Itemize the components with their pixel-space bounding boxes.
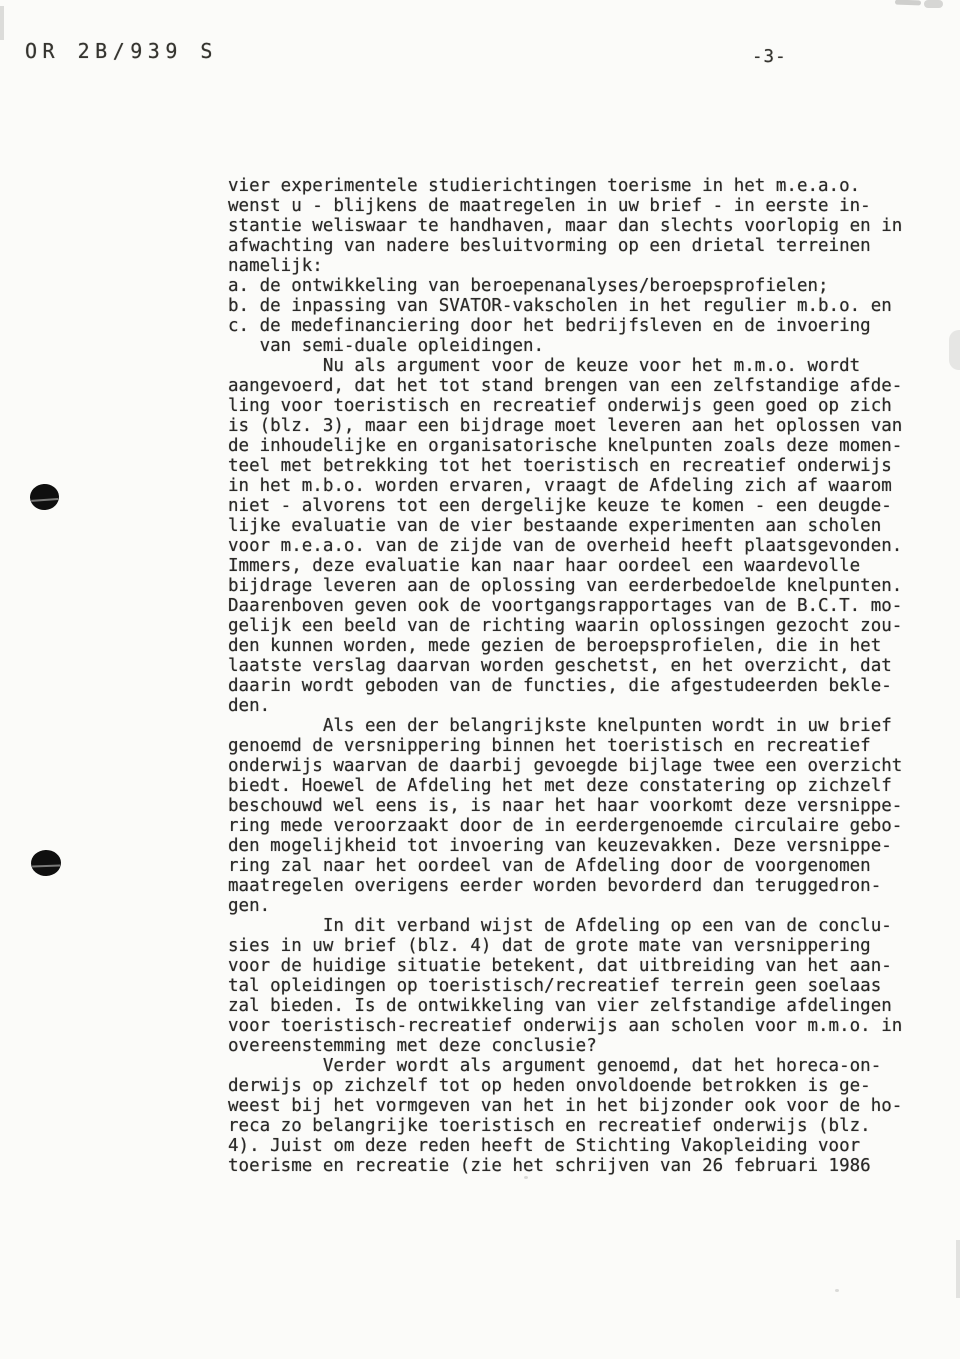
text-line: in het m.b.o. worden ervaren, vraagt de … bbox=[228, 476, 918, 496]
text-line: Verder wordt als argument genoemd, dat h… bbox=[228, 1056, 918, 1076]
text-line: Daarenboven geven ook de voortgangsrappo… bbox=[228, 596, 918, 616]
text-line: sies in uw brief (blz. 4) dat de grote m… bbox=[228, 936, 918, 956]
text-line: ring zal naar het oordeel van de Afdelin… bbox=[228, 856, 918, 876]
text-line: voor toeristisch-recreatief onderwijs aa… bbox=[228, 1016, 918, 1036]
text-line: derwijs op zichzelf tot op heden onvoldo… bbox=[228, 1076, 918, 1096]
punch-hole-mark-top bbox=[29, 483, 60, 511]
text-line: gelijk een beeld van de richting waarin … bbox=[228, 616, 918, 636]
page-number: -3- bbox=[752, 47, 787, 67]
scan-speck-2 bbox=[835, 1289, 839, 1292]
text-line: weest bij het vormgeven van het in het b… bbox=[228, 1096, 918, 1116]
text-line: Immers, deze evaluatie kan naar haar oor… bbox=[228, 556, 918, 576]
text-line: gen. bbox=[228, 896, 918, 916]
text-line: tal opleidingen op toeristisch/recreatie… bbox=[228, 976, 918, 996]
text-line: zal bieden. Is de ontwikkeling van vier … bbox=[228, 996, 918, 1016]
text-line: a. de ontwikkeling van beroepenanalyses/… bbox=[228, 276, 918, 296]
scan-artifact-right-edge-2 bbox=[956, 1240, 960, 1298]
text-line: den mogelijkheid tot invoering van keuze… bbox=[228, 836, 918, 856]
text-line: is (blz. 3), maar een bijdrage moet leve… bbox=[228, 416, 918, 436]
scan-artifact-top-right-2 bbox=[924, 0, 943, 8]
text-line: den. bbox=[228, 696, 918, 716]
text-line: voor de huidige situatie betekent, dat u… bbox=[228, 956, 918, 976]
text-line: aangevoerd, dat het tot stand brengen va… bbox=[228, 376, 918, 396]
scan-speck-1 bbox=[524, 1176, 528, 1179]
text-line: c. de medefinanciering door het bedrijfs… bbox=[228, 316, 918, 336]
text-line: ring mede veroorzaakt door de in eerderg… bbox=[228, 816, 918, 836]
text-line: Als een der belangrijkste knelpunten wor… bbox=[228, 716, 918, 736]
text-line: maatregelen overigens eerder worden bevo… bbox=[228, 876, 918, 896]
text-line: laatste verslag daarvan worden geschetst… bbox=[228, 656, 918, 676]
text-line: overeenstemming met deze conclusie? bbox=[228, 1036, 918, 1056]
text-line: lijke evaluatie van de vier bestaande ex… bbox=[228, 516, 918, 536]
scan-artifact-top-right-1 bbox=[895, 0, 921, 5]
text-line: bijdrage leveren aan de oplossing van ee… bbox=[228, 576, 918, 596]
text-line: biedt. Hoewel de Afdeling het met deze c… bbox=[228, 776, 918, 796]
text-line: In dit verband wijst de Afdeling op een … bbox=[228, 916, 918, 936]
text-line: daarin wordt geboden van de functies, di… bbox=[228, 676, 918, 696]
text-line: den kunnen worden, mede gezien de beroep… bbox=[228, 636, 918, 656]
text-line: onderwijs waarvan de daarbij gevoegde bi… bbox=[228, 756, 918, 776]
text-line: van semi-duale opleidingen. bbox=[228, 336, 918, 356]
scan-artifact-right-edge-1 bbox=[949, 330, 960, 370]
text-line: voor m.e.a.o. van de zijde van de overhe… bbox=[228, 536, 918, 556]
text-line: beschouwd wel eens is, is naar het haar … bbox=[228, 796, 918, 816]
text-line: de inhoudelijke en organisatorische knel… bbox=[228, 436, 918, 456]
text-line: genoemd de versnippering binnen het toer… bbox=[228, 736, 918, 756]
text-line: vier experimentele studierichtingen toer… bbox=[228, 176, 918, 196]
text-line: niet - alvorens tot een dergelijke keuze… bbox=[228, 496, 918, 516]
text-line: reca zo belangrijke toeristisch en recre… bbox=[228, 1116, 918, 1136]
punch-hole-mark-bottom bbox=[31, 849, 62, 876]
text-line: teel met betrekking tot het toeristisch … bbox=[228, 456, 918, 476]
text-line: afwachting van nadere besluitvorming op … bbox=[228, 236, 918, 256]
text-line: toerisme en recreatie (zie het schrijven… bbox=[228, 1156, 918, 1176]
scanned-document-page: OR 2B/939 S -3- vier experimentele studi… bbox=[0, 0, 960, 1359]
text-line: namelijk: bbox=[228, 256, 918, 276]
document-reference: OR 2B/939 S bbox=[25, 39, 218, 63]
text-line: 4). Juist om deze reden heeft de Stichti… bbox=[228, 1136, 918, 1156]
scan-artifact-left-edge bbox=[0, 6, 4, 40]
text-line: wenst u - blijkens de maatregelen in uw … bbox=[228, 196, 918, 216]
text-line: ling voor toeristisch en recreatief onde… bbox=[228, 396, 918, 416]
text-line: stantie weliswaar te handhaven, maar dan… bbox=[228, 216, 918, 236]
document-body-text: vier experimentele studierichtingen toer… bbox=[228, 176, 918, 1176]
text-line: b. de inpassing van SVATOR-vakscholen in… bbox=[228, 296, 918, 316]
text-line: Nu als argument voor de keuze voor het m… bbox=[228, 356, 918, 376]
